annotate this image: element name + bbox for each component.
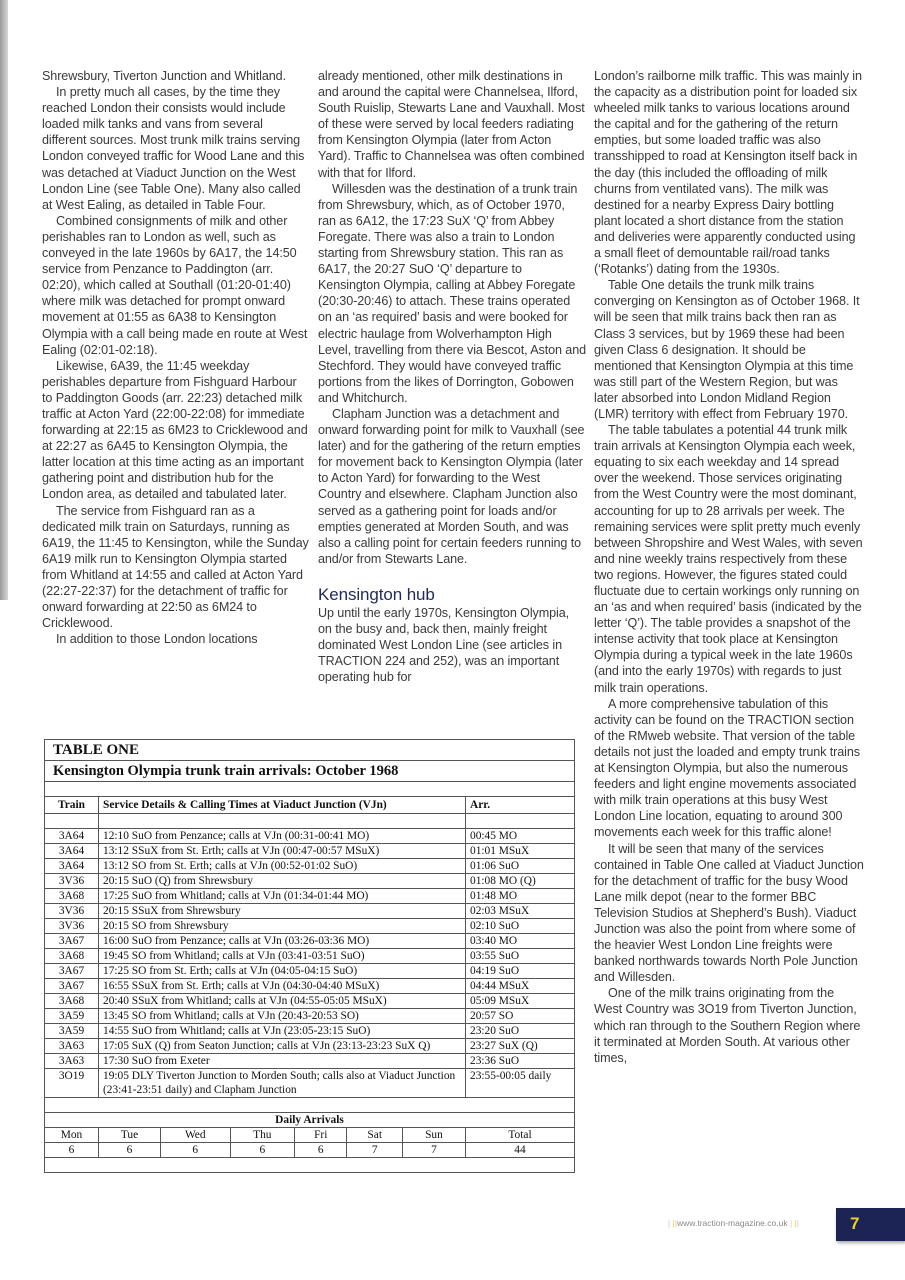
column-2-section-body: Up until the early 1970s, Kensington Oly…: [318, 605, 586, 685]
table-row: 3A6817:25 SuO from Whitland; calls at VJ…: [45, 889, 575, 904]
paragraph: London’s railborne milk traffic. This wa…: [594, 68, 864, 277]
day-count: 7: [347, 1143, 402, 1158]
cell-train: 3A68: [45, 949, 99, 964]
paragraph: Combined consignments of milk and other …: [42, 213, 310, 358]
table-row: 3V3620:15 SuO (Q) from Shrewsbury01:08 M…: [45, 874, 575, 889]
day-label: Tue: [99, 1128, 161, 1143]
cell-service: 19:05 DLY Tiverton Junction to Morden So…: [99, 1069, 466, 1098]
table-row: 3V3620:15 SSuX from Shrewsbury02:03 MSuX: [45, 904, 575, 919]
cell-service: 13:12 SO from St. Erth; calls at VJn (00…: [99, 859, 466, 874]
table-label: TABLE ONE: [45, 740, 575, 761]
table-row: 3A5914:55 SuO from Whitland; calls at VJ…: [45, 1024, 575, 1039]
cell-arr: 04:44 MSuX: [466, 979, 575, 994]
cell-train: 3A67: [45, 964, 99, 979]
day-count: 6: [45, 1143, 99, 1158]
paragraph: A more comprehensive tabulation of this …: [594, 696, 864, 841]
cell-arr: 20:57 SO: [466, 1009, 575, 1024]
header-service: Service Details & Calling Times at Viadu…: [99, 797, 466, 814]
cell-arr: 23:55-00:05 daily: [466, 1069, 575, 1098]
cell-train: 3A64: [45, 829, 99, 844]
cell-train: 3A63: [45, 1054, 99, 1069]
day-label: Fri: [294, 1128, 346, 1143]
cell-service: 13:12 SSuX from St. Erth; calls at VJn (…: [99, 844, 466, 859]
cell-arr: 05:09 MSuX: [466, 994, 575, 1009]
paragraph: The table tabulates a potential 44 trunk…: [594, 422, 864, 696]
table-row: 3A6819:45 SO from Whitland; calls at VJn…: [45, 949, 575, 964]
cell-arr: 03:40 MO: [466, 934, 575, 949]
section-heading-kensington-hub: Kensington hub: [318, 585, 586, 605]
day-count: 6: [160, 1143, 230, 1158]
table-row: 3V3620:15 SO from Shrewsbury02:10 SuO: [45, 919, 575, 934]
paragraph: In addition to those London locations: [42, 631, 310, 647]
cell-arr: 01:06 SuO: [466, 859, 575, 874]
cell-train: 3V36: [45, 904, 99, 919]
cell-service: 16:00 SuO from Penzance; calls at VJn (0…: [99, 934, 466, 949]
paragraph: Up until the early 1970s, Kensington Oly…: [318, 605, 586, 685]
footer-url[interactable]: | ||www.traction-magazine.co.uk | ||: [668, 1218, 799, 1228]
cell-train: 3A64: [45, 859, 99, 874]
cell-train: 3A67: [45, 979, 99, 994]
paragraph: Table One details the trunk milk trains …: [594, 277, 864, 422]
table-row: 3A6820:40 SSuX from Whitland; calls at V…: [45, 994, 575, 1009]
cell-service: 20:15 SSuX from Shrewsbury: [99, 904, 466, 919]
cell-service: 17:25 SO from St. Erth; calls at VJn (04…: [99, 964, 466, 979]
day-label: Total: [466, 1128, 575, 1143]
table-row: 3A6413:12 SO from St. Erth; calls at VJn…: [45, 859, 575, 874]
cell-service: 14:55 SuO from Whitland; calls at VJn (2…: [99, 1024, 466, 1039]
table-row: 3A5913:45 SO from Whitland; calls at VJn…: [45, 1009, 575, 1024]
day-count: 6: [230, 1143, 294, 1158]
cell-train: 3V36: [45, 919, 99, 934]
cell-service: 13:45 SO from Whitland; calls at VJn (20…: [99, 1009, 466, 1024]
table-one: TABLE ONE Kensington Olympia trunk train…: [44, 739, 575, 1173]
cell-arr: 23:27 SuX (Q): [466, 1039, 575, 1054]
cell-train: 3A67: [45, 934, 99, 949]
day-count: 6: [294, 1143, 346, 1158]
cell-arr: 01:01 MSuX: [466, 844, 575, 859]
cell-train: 3A68: [45, 994, 99, 1009]
paragraph: One of the milk trains originating from …: [594, 985, 864, 1065]
table-row: 3A6317:30 SuO from Exeter23:36 SuO: [45, 1054, 575, 1069]
cell-train: 3A63: [45, 1039, 99, 1054]
table-header-row: Train Service Details & Calling Times at…: [45, 797, 575, 814]
table-row: 3A6413:12 SSuX from St. Erth; calls at V…: [45, 844, 575, 859]
cell-arr: 23:36 SuO: [466, 1054, 575, 1069]
cell-service: 19:45 SO from Whitland; calls at VJn (03…: [99, 949, 466, 964]
table-row: 3A6716:55 SSuX from St. Erth; calls at V…: [45, 979, 575, 994]
cell-arr: 04:19 SuO: [466, 964, 575, 979]
cell-arr: 00:45 MO: [466, 829, 575, 844]
cell-train: 3A59: [45, 1009, 99, 1024]
day-label: Mon: [45, 1128, 99, 1143]
cell-service: 17:25 SuO from Whitland; calls at VJn (0…: [99, 889, 466, 904]
day-count: 6: [99, 1143, 161, 1158]
cell-arr: 02:03 MSuX: [466, 904, 575, 919]
header-arr: Arr.: [466, 797, 575, 814]
paragraph: The service from Fishguard ran as a dedi…: [42, 503, 310, 632]
paragraph: In pretty much all cases, by the time th…: [42, 84, 310, 213]
cell-train: 3A68: [45, 889, 99, 904]
cell-arr: 23:20 SuO: [466, 1024, 575, 1039]
day-label: Thu: [230, 1128, 294, 1143]
cell-train: 3O19: [45, 1069, 99, 1098]
cell-service: 16:55 SSuX from St. Erth; calls at VJn (…: [99, 979, 466, 994]
paragraph: Likewise, 6A39, the 11:45 weekday perish…: [42, 358, 310, 503]
table-title: Kensington Olympia trunk train arrivals:…: [45, 761, 575, 782]
cell-arr: 02:10 SuO: [466, 919, 575, 934]
table-row: 3A6412:10 SuO from Penzance; calls at VJ…: [45, 829, 575, 844]
table-row: 3A6317:05 SuX (Q) from Seaton Junction; …: [45, 1039, 575, 1054]
table-row: 3A6717:25 SO from St. Erth; calls at VJn…: [45, 964, 575, 979]
trunk-train-arrivals-table: TABLE ONE Kensington Olympia trunk train…: [44, 739, 575, 1173]
cell-service: 20:15 SO from Shrewsbury: [99, 919, 466, 934]
paragraph: already mentioned, other milk destinatio…: [318, 68, 586, 181]
counts-row: 666667744: [45, 1143, 575, 1158]
cell-arr: 01:48 MO: [466, 889, 575, 904]
cell-service: 17:05 SuX (Q) from Seaton Junction; call…: [99, 1039, 466, 1054]
cell-train: 3A64: [45, 844, 99, 859]
article-column-2: already mentioned, other milk destinatio…: [318, 68, 586, 685]
daily-arrivals-title: Daily Arrivals: [45, 1113, 575, 1128]
day-count: 44: [466, 1143, 575, 1158]
cell-train: 3A59: [45, 1024, 99, 1039]
paragraph: Willesden was the destination of a trunk…: [318, 181, 586, 406]
paragraph: Shrewsbury, Tiverton Junction and Whitla…: [42, 68, 310, 84]
day-label: Wed: [160, 1128, 230, 1143]
cell-service: 20:40 SSuX from Whitland; calls at VJn (…: [99, 994, 466, 1009]
cell-arr: 03:55 SuO: [466, 949, 575, 964]
table-row: 3A6716:00 SuO from Penzance; calls at VJ…: [45, 934, 575, 949]
paragraph: It will be seen that many of the service…: [594, 841, 864, 986]
cell-service: 17:30 SuO from Exeter: [99, 1054, 466, 1069]
day-label: Sat: [347, 1128, 402, 1143]
cell-service: 20:15 SuO (Q) from Shrewsbury: [99, 874, 466, 889]
cell-train: 3V36: [45, 874, 99, 889]
paragraph: Clapham Junction was a detachment and on…: [318, 406, 586, 567]
article-column-3: London’s railborne milk traffic. This wa…: [594, 68, 864, 1066]
article-column-1: Shrewsbury, Tiverton Junction and Whitla…: [42, 68, 310, 647]
day-count: 7: [402, 1143, 465, 1158]
column-2-body: already mentioned, other milk destinatio…: [318, 68, 586, 567]
header-train: Train: [45, 797, 99, 814]
page-number-badge: 7: [836, 1208, 905, 1241]
page-gutter-shadow: [0, 0, 8, 600]
cell-service: 12:10 SuO from Penzance; calls at VJn (0…: [99, 829, 466, 844]
days-row: MonTueWedThuFriSatSunTotal: [45, 1128, 575, 1143]
cell-arr: 01:08 MO (Q): [466, 874, 575, 889]
day-label: Sun: [402, 1128, 465, 1143]
table-row: 3O1919:05 DLY Tiverton Junction to Morde…: [45, 1069, 575, 1098]
